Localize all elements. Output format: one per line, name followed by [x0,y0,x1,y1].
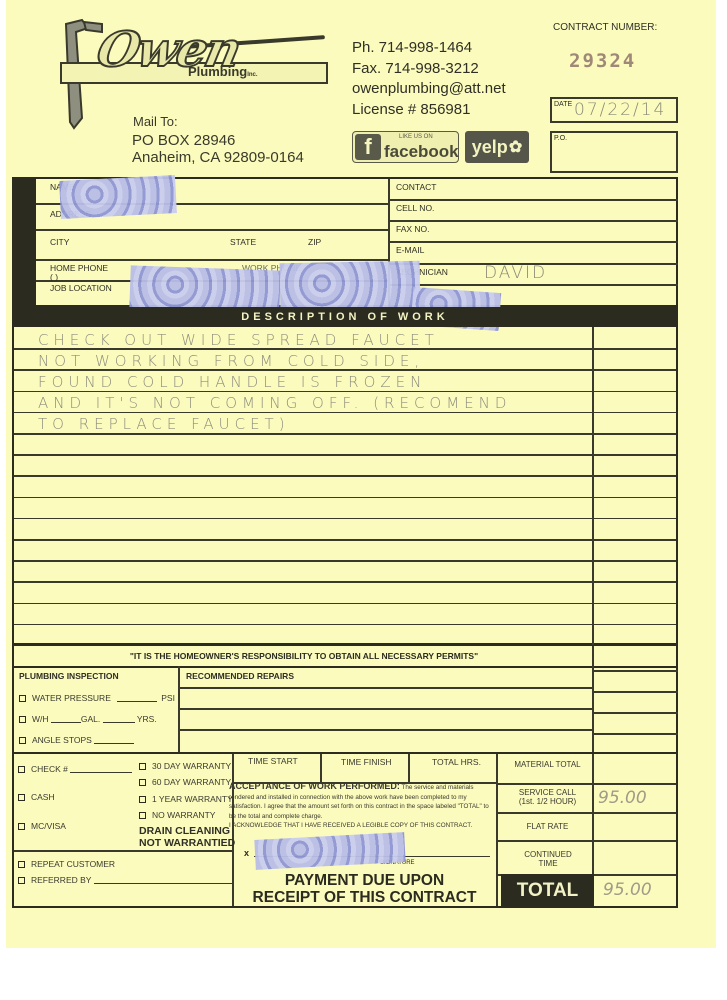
service-call-label: SERVICE CALL(1st. 1/2 HOUR) [501,788,594,806]
signature-x: x [244,848,249,858]
permits-notice: "IT IS THE HOMEOWNER'S RESPONSIBILITY TO… [14,651,594,661]
warranty-30-label: 30 DAY WARRANTY [152,761,231,771]
divider [36,259,388,261]
warranty-60-option: 60 DAY WARRANTY [139,777,231,787]
wh-label: W/H [32,714,49,724]
divider [594,670,678,672]
divider [408,754,410,782]
home-phone-label: HOME PHONE [50,263,108,273]
water-pressure-row: WATER PRESSURE PSI [19,693,175,703]
contract-number-label: CONTRACT NUMBER: [553,22,657,33]
payment-due-line-1: PAYMENT DUE UPON [232,872,497,889]
payment-due-notice: PAYMENT DUE UPON RECEIPT OF THIS CONTRAC… [232,872,497,906]
company-address: PO BOX 28946 Anaheim, CA 92809-0164 [132,132,304,166]
water-pressure-label: WATER PRESSURE [32,693,111,703]
description-rule [14,539,676,541]
address-line-1: PO BOX 28946 [132,132,304,149]
divider [594,691,678,693]
recommended-repairs-title: RECOMMENDED REPAIRS [186,670,294,682]
description-line: TO REPLACE FAUCET) [38,415,290,433]
divider [388,220,678,222]
divider [496,812,676,814]
drain-line-1: DRAIN CLEANING [139,825,235,837]
angle-stops-input[interactable] [94,736,134,744]
referred-by-label: REFERRED BY [31,875,91,885]
address-line-2: Anaheim, CA 92809-0164 [132,149,304,166]
no-warranty-checkbox[interactable] [139,812,146,819]
total-label: TOTAL [501,874,594,908]
fax-label: FAX NO. [396,224,430,234]
mcvisa-option: MC/VISA [18,821,66,831]
divider [178,729,592,731]
email-label: E-MAIL [396,245,424,255]
yrs-label: YRS. [137,714,157,724]
divider [594,733,678,735]
divider [388,199,678,201]
po-label: P.O. [554,135,567,142]
check-label: CHECK # [31,764,68,774]
description-header: DESCRIPTION OF WORK [12,307,678,327]
gal-label: GAL. [81,714,100,724]
description-line: AND IT'S NOT COMING OFF. (RECOMEND [38,394,511,412]
yelp-burst-icon: ✿ [509,137,522,157]
description-rule [14,560,676,562]
redaction-tape [59,175,177,219]
description-rule [14,475,676,477]
divider [388,241,678,243]
company-contact-info: Ph. 714-998-1464 Fax. 714-998-3212 owenp… [352,38,506,120]
plumbing-inspection-title: PLUMBING INSPECTION [19,670,119,682]
logo-subtitle: PlumbingInc. [188,64,258,79]
inspection-section: PLUMBING INSPECTION RECOMMENDED REPAIRS … [12,666,678,752]
warranty-1yr-checkbox[interactable] [139,796,146,803]
time-finish-label: TIME FINISH [341,757,392,767]
psi-label: PSI [161,693,175,703]
flat-rate-label: FLAT RATE [501,822,594,831]
cash-option: CASH [18,792,55,802]
divider [178,687,592,689]
divider [178,708,592,710]
water-heater-row: W/H GAL. YRS. [19,714,157,724]
social-badges: f LIKE US ON facebook yelp✿ [352,131,529,163]
repeat-customer-checkbox[interactable] [18,861,25,868]
description-rule [14,624,676,626]
check-checkbox[interactable] [18,766,25,773]
mcvisa-label: MC/VISA [31,821,66,831]
company-email: owenplumbing@att.net [352,79,506,100]
contact-label: CONTACT [396,182,436,192]
contract-number: 29324 [569,50,636,72]
po-field[interactable]: P.O. [550,131,678,173]
check-number-input[interactable] [70,765,132,773]
acceptance-heading: ACCEPTANCE OF WORK PERFORMED: [229,781,400,791]
drain-cleaning-notice: DRAIN CLEANINGNOT WARRANTIED [139,825,235,849]
date-label: DATE [554,101,572,108]
drain-line-2: NOT WARRANTIED [139,837,235,849]
angle-stops-checkbox[interactable] [19,737,26,744]
facebook-badge: f LIKE US ON facebook [352,131,459,163]
no-warranty-option: NO WARRANTY [139,810,215,820]
warranty-60-checkbox[interactable] [139,779,146,786]
city-label: CITY [50,237,69,247]
material-total-label: MATERIAL TOTAL [501,760,594,769]
warranty-30-checkbox[interactable] [139,763,146,770]
home-phone-parens: ( ) [50,272,58,282]
description-rule [14,581,676,583]
check-option: CHECK # [18,764,132,774]
continued-time-label: CONTINUED TIME [518,850,578,868]
warranty-1yr-label: 1 YEAR WARRANTY [152,794,233,804]
divider [594,712,678,714]
water-pressure-input[interactable] [117,694,157,702]
cash-label: CASH [31,792,55,802]
divider [320,754,322,782]
payment-due-line-2: RECEIPT OF THIS CONTRACT [232,889,497,906]
zip-label: ZIP [308,237,321,247]
divider [592,666,594,752]
referred-by-option: REFERRED BY [18,875,234,885]
total-amount: 95.00 [603,880,652,900]
description-rule [14,518,676,520]
amount-column-divider [592,327,594,645]
date-value: 07/22/14 [574,100,666,120]
service-call-amount: 95.00 [598,788,647,808]
facebook-label: facebook [384,142,459,162]
years-input[interactable] [103,715,135,723]
acceptance-text: ACCEPTANCE OF WORK PERFORMED: The servic… [229,782,489,831]
warranty-1yr-option: 1 YEAR WARRANTY [139,794,233,804]
divider [496,783,676,785]
description-line: CHECK OUT WIDE SPREAD FAUCET [38,331,439,349]
cash-checkbox[interactable] [18,794,25,801]
description-rule [14,454,676,456]
permits-notice-row: "IT IS THE HOMEOWNER'S RESPONSIBILITY TO… [12,645,678,668]
referred-by-checkbox[interactable] [18,877,25,884]
water-heater-checkbox[interactable] [19,716,26,723]
company-fax: Fax. 714-998-3212 [352,59,506,80]
water-pressure-checkbox[interactable] [19,695,26,702]
gallons-input[interactable] [51,715,81,723]
date-field[interactable]: DATE 07/22/14 [550,97,678,123]
description-rule [14,603,676,605]
facebook-icon: f [355,134,381,160]
warranty-60-label: 60 DAY WARRANTY [152,777,231,787]
referred-by-input[interactable] [94,876,234,884]
yelp-label: yelp [472,137,508,158]
angle-stops-row: ANGLE STOPS [19,735,134,745]
total-hrs-label: TOTAL HRS. [432,757,481,767]
time-start-label: TIME START [248,756,298,766]
warranty-30-option: 30 DAY WARRANTY [139,761,231,771]
repeat-customer-label: REPEAT CUSTOMER [31,859,115,869]
company-phone: Ph. 714-998-1464 [352,38,506,59]
yelp-badge: yelp✿ [465,131,529,163]
divider [14,850,232,852]
cell-label: CELL NO. [396,203,434,213]
job-location-label: JOB LOCATION [50,283,112,293]
description-rule [14,497,676,499]
divider [496,840,676,842]
state-label: STATE [230,237,256,247]
divider [388,284,678,286]
acceptance-acknowledge: I ACKNOWLEDGE THAT I HAVE RECEIVED A LEG… [229,822,472,829]
repeat-customer-option: REPEAT CUSTOMER [18,859,115,869]
facebook-like-text: LIKE US ON [399,134,433,140]
divider [36,229,388,231]
description-line: FOUND COLD HANDLE IS FROZEN [38,373,426,391]
service-call-sub: (1st. 1/2 HOUR) [501,797,594,806]
no-warranty-label: NO WARRANTY [152,810,215,820]
technician-value: DAVID [484,263,547,283]
service-call-title: SERVICE CALL [501,788,594,797]
description-line: NOT WORKING FROM COLD SIDE, [38,352,424,370]
description-lines: CHECK OUT WIDE SPREAD FAUCET NOT WORKING… [12,331,592,441]
mcvisa-checkbox[interactable] [18,823,25,830]
mail-to-label: Mail To: [133,114,178,129]
angle-stops-label: ANGLE STOPS [32,735,92,745]
company-license: License # 856981 [352,100,506,121]
